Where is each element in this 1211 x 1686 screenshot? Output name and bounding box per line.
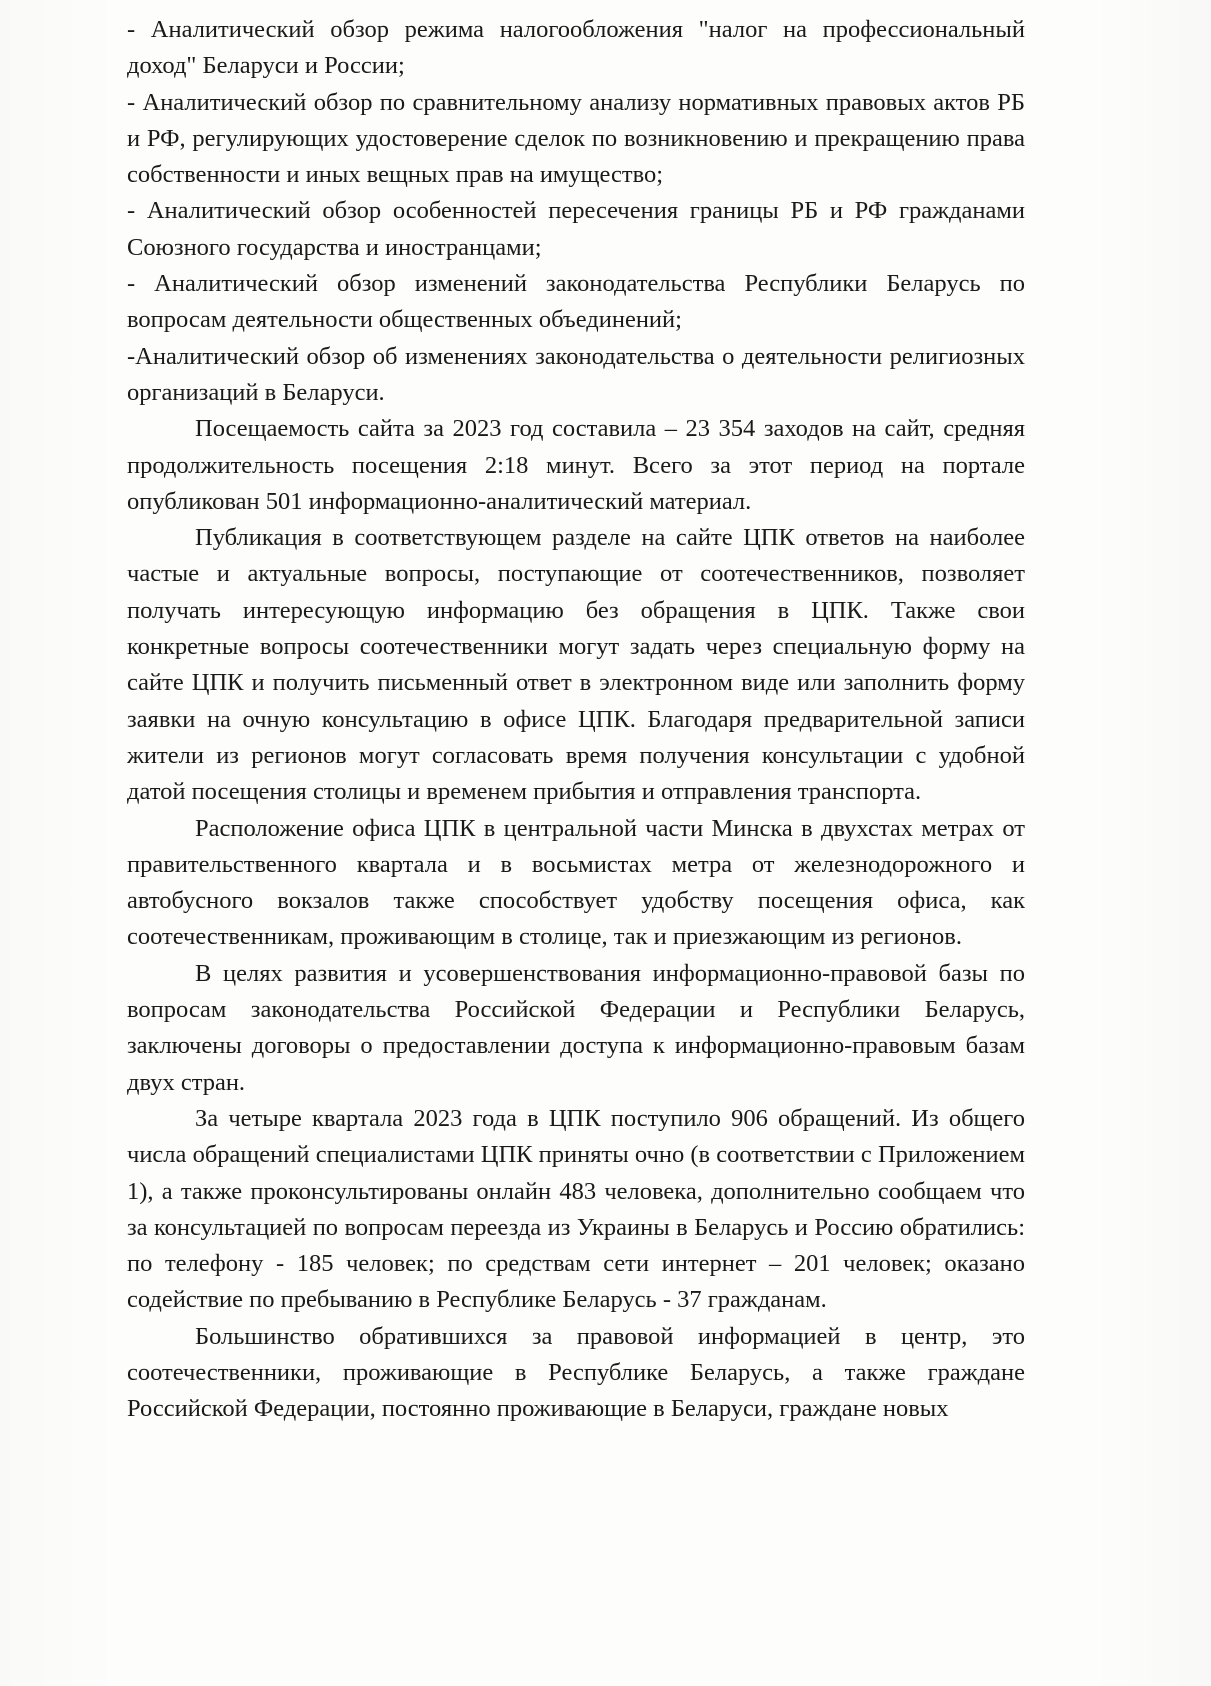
list-item-property-review: - Аналитический обзор по сравнительному …: [127, 85, 1025, 194]
list-item-tax-review: - Аналитический обзор режима налогооблож…: [127, 12, 1025, 85]
list-item-associations-review: - Аналитический обзор изменений законода…: [127, 266, 1025, 339]
paragraph-visitors: Большинство обратившихся за правовой инф…: [127, 1319, 1025, 1428]
list-item-border-review: - Аналитический обзор особенностей перес…: [127, 193, 1025, 266]
document-page: - Аналитический обзор режима налогооблож…: [127, 12, 1025, 1428]
paragraph-office-location: Расположение офиса ЦПК в центральной час…: [127, 811, 1025, 956]
paragraph-publication: Публикация в соответствующем разделе на …: [127, 520, 1025, 810]
list-item-religious-review: -Аналитический обзор об изменениях закон…: [127, 339, 1025, 412]
paragraph-requests-stats: За четыре квартала 2023 года в ЦПК посту…: [127, 1101, 1025, 1319]
paragraph-legal-databases: В целях развития и усовершенствования ин…: [127, 956, 1025, 1101]
paragraph-site-traffic: Посещаемость сайта за 2023 год составила…: [127, 411, 1025, 520]
